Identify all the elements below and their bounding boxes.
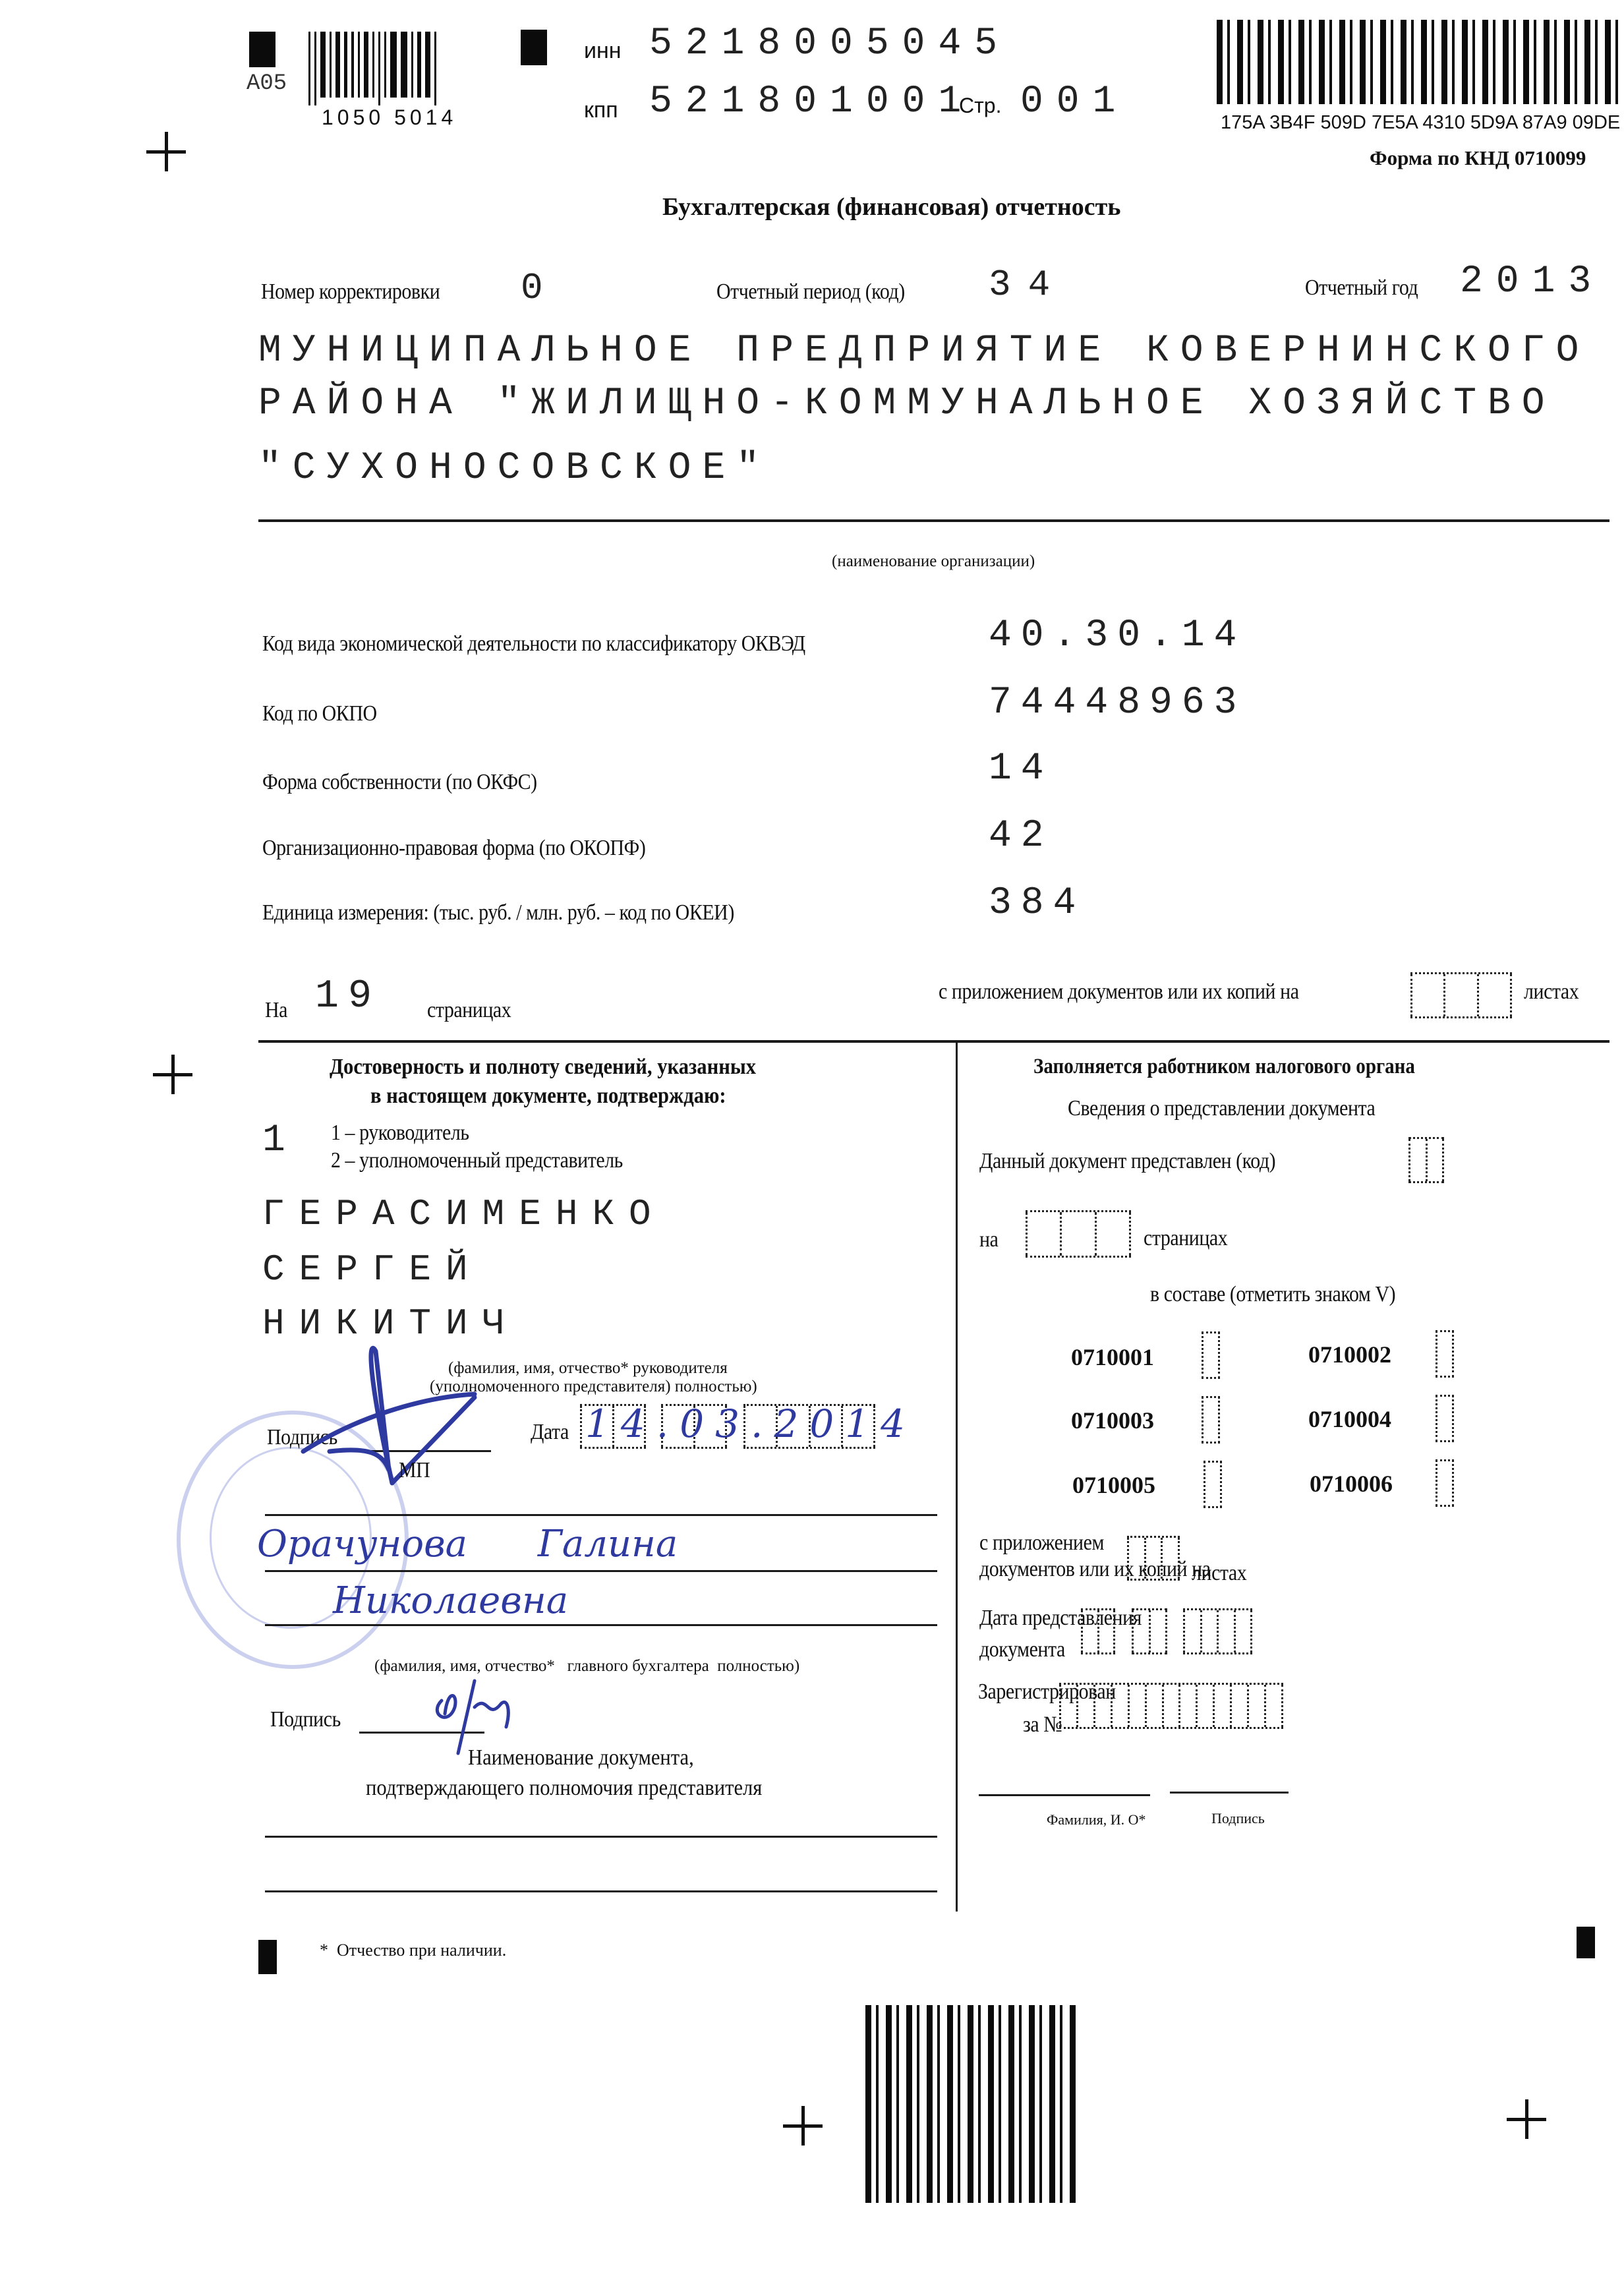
barcode-hex: 175A 3B4F 509D 7E5A 4310 5D9A 87A9 09DE <box>1221 112 1620 134</box>
page-title: Бухгалтерская (финансовая) отчетность <box>662 192 1120 221</box>
authority-doc-line-2 <box>265 1890 937 1892</box>
okfs-value: 14 <box>989 747 1053 790</box>
accountant-name-handwritten-2: Николаевна <box>333 1579 568 1622</box>
okei-value: 384 <box>989 882 1085 925</box>
form-code-0710003: 0710003 <box>1071 1407 1154 1434</box>
accountant-name-line-mid <box>265 1570 937 1572</box>
year-value: 2013 <box>1460 260 1604 303</box>
okpo-label: Код по ОКПО <box>262 701 377 726</box>
tax-officer-name-caption: Фамилия, И. О* <box>1047 1811 1146 1828</box>
confirm-heading-1: Достоверность и полноту сведений, указан… <box>330 1055 756 1080</box>
submission-date-month[interactable] <box>1132 1608 1167 1654</box>
form-code-label: A05 <box>246 71 287 96</box>
form-check-0710005[interactable] <box>1203 1461 1222 1508</box>
submission-date-label-1: Дата представления <box>979 1606 1142 1631</box>
pages-prefix: На <box>265 998 287 1023</box>
director-first-name: СЕРГЕЙ <box>262 1248 482 1291</box>
inn-label: ИНН <box>584 38 622 64</box>
okei-label: Единица измерения: (тыс. руб. / млн. руб… <box>262 900 734 925</box>
period-label: Отчетный период (код) <box>716 279 905 305</box>
form-code-0710001: 0710001 <box>1071 1343 1154 1371</box>
correction-value: 0 <box>521 267 560 309</box>
accountant-name-line-bottom <box>265 1624 937 1626</box>
mp-label: МП <box>399 1458 430 1483</box>
tax-attach-suffix: листах <box>1192 1561 1246 1586</box>
attachments-pages-input[interactable] <box>1410 972 1512 1018</box>
authority-doc-line-1 <box>265 1836 937 1838</box>
kpp-label: КПП <box>584 98 618 123</box>
tax-attach-pages-input[interactable] <box>1127 1536 1180 1581</box>
alignment-marker <box>521 30 547 65</box>
period-value: 34 <box>989 264 1067 306</box>
org-name-line-3: "СУХОНОСОВСКОЕ" <box>258 447 770 490</box>
okved-value: 40.30.14 <box>989 614 1246 657</box>
tax-officer-name-line <box>979 1794 1150 1796</box>
director-surname: ГЕРАСИМЕНКО <box>262 1193 666 1235</box>
form-check-0710001[interactable] <box>1202 1331 1220 1379</box>
submission-subheading: Сведения о представлении документа <box>1068 1096 1375 1121</box>
okopf-label: Организационно-правовая форма (по ОКОПФ) <box>262 836 645 861</box>
year-label: Отчетный год <box>1305 276 1418 301</box>
form-code-0710005: 0710005 <box>1072 1471 1155 1499</box>
submission-date-year[interactable] <box>1183 1608 1252 1654</box>
form-check-0710003[interactable] <box>1202 1396 1220 1444</box>
registration-number-input[interactable] <box>1059 1683 1283 1729</box>
pages-suffix: страницах <box>427 998 511 1023</box>
registration-mark-icon <box>153 1055 192 1094</box>
alignment-marker <box>1577 1927 1595 1958</box>
correction-label: Номер корректировки <box>261 279 440 305</box>
form-check-0710004[interactable] <box>1435 1395 1454 1442</box>
director-signature <box>277 1338 514 1509</box>
signer-type-value: 1 <box>262 1119 303 1162</box>
form-check-0710002[interactable] <box>1435 1330 1454 1378</box>
page-label: Стр. <box>959 94 1001 118</box>
section-divider <box>258 1040 1609 1043</box>
submitted-pages-suffix: страницах <box>1144 1226 1227 1251</box>
accountant-name-line-top <box>265 1514 937 1516</box>
date-value: 14.03.2014 <box>585 1401 916 1446</box>
accountant-name-handwritten-1: Орачунова Галина <box>257 1523 678 1565</box>
authority-doc-caption-2: подтверждающего полномочия представителя <box>366 1776 762 1801</box>
form-check-0710006[interactable] <box>1435 1459 1454 1507</box>
registration-mark-icon <box>783 2106 823 2146</box>
alignment-marker <box>249 32 275 67</box>
registered-label-2: за № <box>1023 1712 1062 1738</box>
2d-barcode-bottom <box>865 2005 1076 2203</box>
tax-officer-signature-caption: Подпись <box>1211 1810 1265 1827</box>
okfs-label: Форма собственности (по ОКФС) <box>262 770 537 795</box>
inn-value: 5218005045 <box>649 22 1010 65</box>
alignment-marker <box>258 1940 277 1974</box>
confirm-heading-2: в настоящем документе, подтверждаю: <box>370 1084 726 1109</box>
composition-label: в составе (отметить знаком V) <box>1150 1282 1395 1307</box>
knd-form-label: Форма по КНД 0710099 <box>1370 146 1586 170</box>
column-divider <box>956 1041 958 1912</box>
registration-mark-icon <box>146 132 186 171</box>
2d-barcode <box>1217 20 1619 104</box>
org-name-caption: (наименование организации) <box>832 552 1035 571</box>
tax-attach-label-1: с приложением <box>979 1531 1104 1556</box>
form-code-0710004: 0710004 <box>1308 1405 1391 1433</box>
form-code-0710002: 0710002 <box>1308 1341 1391 1368</box>
attachments-suffix: листах <box>1524 979 1579 1005</box>
submitted-code-label: Данный документ представлен (код) <box>979 1149 1275 1174</box>
attachments-label: с приложением документов или их копий на <box>939 979 1299 1005</box>
okpo-value: 74448963 <box>989 682 1246 724</box>
tax-officer-signature-line <box>1170 1792 1289 1794</box>
submission-date-day[interactable] <box>1081 1608 1115 1654</box>
accountant-signature-label: Подпись <box>270 1707 341 1732</box>
signer-option-2: 2 – уполномоченный представитель <box>331 1148 623 1173</box>
okved-label: Код вида экономической деятельности по к… <box>262 631 805 657</box>
submitted-pages-input[interactable] <box>1026 1210 1131 1258</box>
registration-mark-icon <box>1507 2099 1546 2139</box>
org-name-line-1: МУНИЦИПАЛЬНОЕ ПРЕДПРИЯТИЕ КОВЕРНИНСКОГО <box>258 330 1590 372</box>
org-name-underline <box>258 519 1609 522</box>
linear-barcode <box>308 32 440 105</box>
submitted-code-input[interactable] <box>1408 1137 1444 1183</box>
tax-office-heading: Заполняется работником налогового органа <box>1033 1055 1415 1079</box>
footnote: * Отчество при наличии. <box>320 1941 506 1960</box>
kpp-value: 521801001 <box>649 80 974 123</box>
signer-option-1: 1 – руководитель <box>331 1121 469 1146</box>
barcode-number: 1050 5014 <box>322 105 457 130</box>
on-label: на <box>979 1227 998 1252</box>
authority-doc-caption-1: Наименование документа, <box>468 1745 694 1770</box>
pages-value: 19 <box>315 974 381 1019</box>
page-value: 001 <box>1020 80 1128 123</box>
org-name-line-2: РАЙОНА "ЖИЛИЩНО-КОММУНАЛЬНОЕ ХОЗЯЙСТВО <box>258 382 1556 425</box>
date-label: Дата <box>531 1420 569 1445</box>
accountant-name-caption: (фамилия, имя, отчество* главного бухгал… <box>374 1657 799 1676</box>
form-code-0710006: 0710006 <box>1310 1470 1393 1498</box>
submission-date-label-2: документа <box>979 1637 1065 1662</box>
okopf-value: 42 <box>989 815 1053 858</box>
